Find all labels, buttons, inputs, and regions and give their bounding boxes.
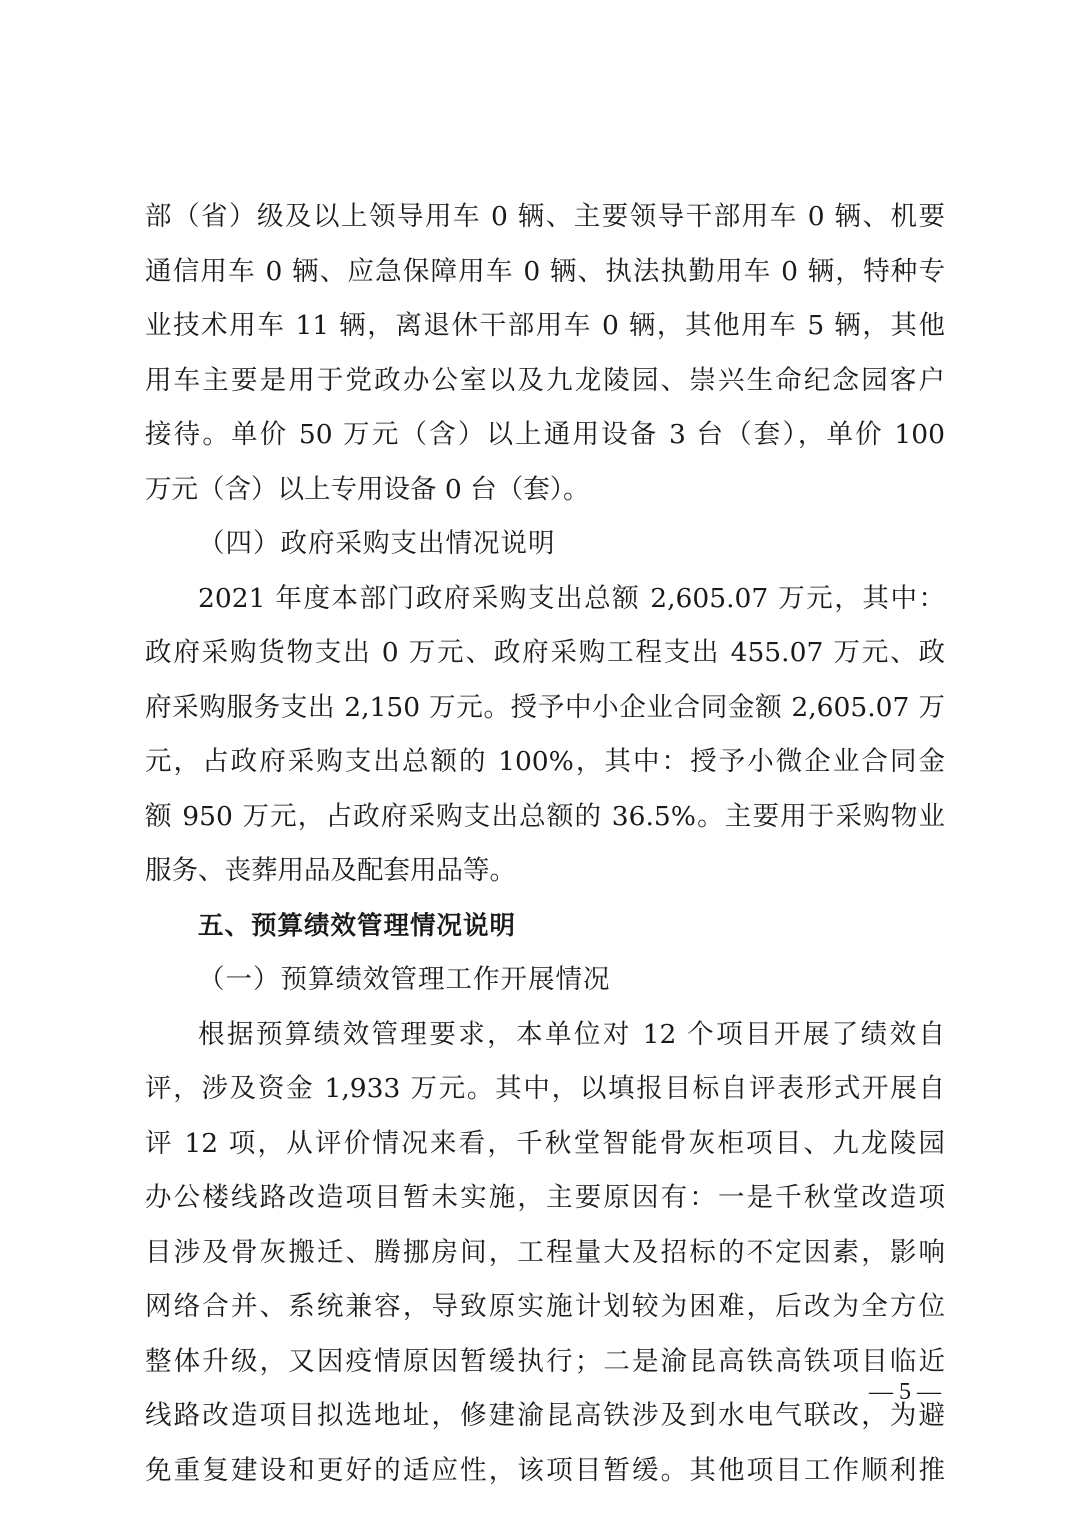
text-line: 元，占政府采购支出总额的 100%，其中：授予小微企业合同金 xyxy=(145,735,945,790)
text-line: 政府采购货物支出 0 万元、政府采购工程支出 455.07 万元、政 xyxy=(145,626,945,681)
text-line: 评 12 项，从评价情况来看，千秋堂智能骨灰柜项目、九龙陵园 xyxy=(145,1117,945,1172)
text-line: 通信用车 0 辆、应急保障用车 0 辆、执法执勤用车 0 辆，特种专 xyxy=(145,245,945,300)
page-number: — 5 — xyxy=(860,1377,950,1407)
paragraph-procurement: 2021 年度本部门政府采购支出总额 2,605.07 万元，其中： 政府采购货… xyxy=(145,572,945,899)
text-line: 服务、丧葬用品及配套用品等。 xyxy=(145,844,945,899)
text-line: 额 950 万元，占政府采购支出总额的 36.5%。主要用于采购物业 xyxy=(145,790,945,845)
text-line: 万元（含）以上专用设备 0 台（套）。 xyxy=(145,463,945,518)
text-line: 用车主要是用于党政办公室以及九龙陵园、崇兴生命纪念园客户 xyxy=(145,354,945,409)
section-heading-performance-work: （一）预算绩效管理工作开展情况 xyxy=(145,953,945,1008)
section-heading-procurement: （四）政府采购支出情况说明 xyxy=(145,517,945,572)
text-line: 目涉及骨灰搬迁、腾挪房间，工程量大及招标的不定因素，影响 xyxy=(145,1226,945,1281)
text-line: 网络合并、系统兼容，导致原实施计划较为困难，后改为全方位 xyxy=(145,1280,945,1335)
text-line: 部（省）级及以上领导用车 0 辆、主要领导干部用车 0 辆、机要 xyxy=(145,190,945,245)
text-line: 接待。单价 50 万元（含）以上通用设备 3 台（套），单价 100 xyxy=(145,408,945,463)
text-line: 根据预算绩效管理要求，本单位对 12 个项目开展了绩效自 xyxy=(145,1008,945,1063)
text-line: 办公楼线路改造项目暂未实施，主要原因有：一是千秋堂改造项 xyxy=(145,1171,945,1226)
text-line: 业技术用车 11 辆，离退休干部用车 0 辆，其他用车 5 辆，其他 xyxy=(145,299,945,354)
paragraph-vehicles: 部（省）级及以上领导用车 0 辆、主要领导干部用车 0 辆、机要 通信用车 0 … xyxy=(145,190,945,517)
document-page: 部（省）级及以上领导用车 0 辆、主要领导干部用车 0 辆、机要 通信用车 0 … xyxy=(145,190,945,1498)
text-line: 评，涉及资金 1,933 万元。其中，以填报目标自评表形式开展自 xyxy=(145,1062,945,1117)
text-line: 线路改造项目拟选地址，修建渝昆高铁涉及到水电气联改，为避 xyxy=(145,1389,945,1444)
text-line: 府采购服务支出 2,150 万元。授予中小企业合同金额 2,605.07 万 xyxy=(145,681,945,736)
text-line: 免重复建设和更好的适应性，该项目暂缓。其他项目工作顺利推 xyxy=(145,1444,945,1499)
text-line: 整体升级，又因疫情原因暂缓执行；二是渝昆高铁高铁项目临近 xyxy=(145,1335,945,1390)
paragraph-performance: 根据预算绩效管理要求，本单位对 12 个项目开展了绩效自 评，涉及资金 1,93… xyxy=(145,1008,945,1499)
chapter-heading-performance: 五、预算绩效管理情况说明 xyxy=(145,899,945,954)
text-line: 2021 年度本部门政府采购支出总额 2,605.07 万元，其中： xyxy=(145,572,945,627)
